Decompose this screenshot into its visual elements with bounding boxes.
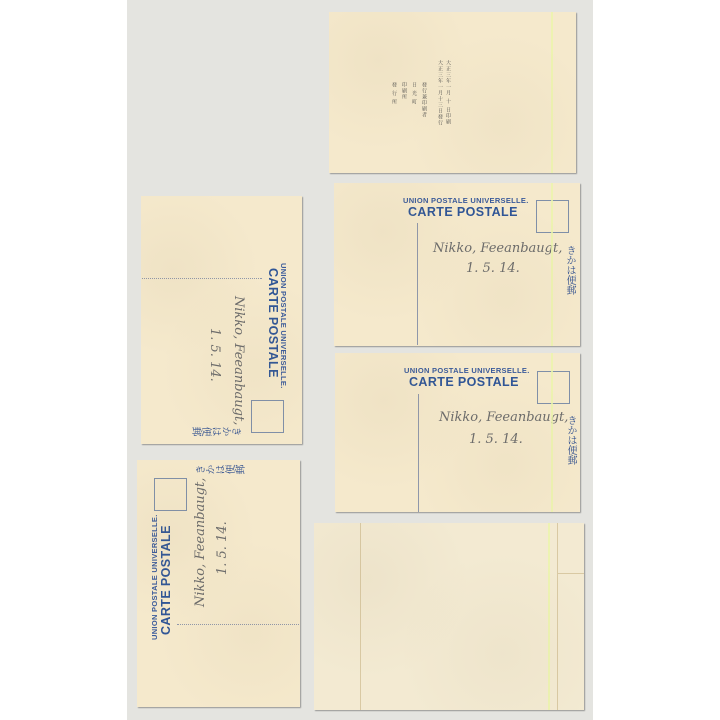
- stamp-box: [537, 371, 570, 404]
- handwriting-location: Nikko, Feeanbaugt,: [231, 296, 246, 425]
- stamp-box: [251, 400, 284, 433]
- carte-postale-title: CARTE POSTALE: [159, 525, 173, 635]
- scan-glare: [551, 12, 553, 173]
- envelope: [314, 523, 584, 710]
- rotated-content: UNION POSTALE UNIVERSELLE. CARTE POSTALE…: [141, 196, 302, 444]
- scan-glare: [548, 523, 550, 710]
- japanese-postcard-label: きかは便郵: [562, 245, 577, 295]
- postcard-left-2: UNION POSTALE UNIVERSELLE. CARTE POSTALE…: [137, 460, 300, 707]
- upu-text: UNION POSTALE UNIVERSELLE.: [150, 514, 159, 640]
- scan-glare: [551, 353, 553, 512]
- carte-postale-title: CARTE POSTALE: [409, 375, 519, 389]
- handwriting-location: Nikko, Feeanbaugt,: [433, 241, 562, 256]
- handwriting-date: 1. 5. 14.: [466, 261, 520, 276]
- postcard-left-1: UNION POSTALE UNIVERSELLE. CARTE POSTALE…: [141, 196, 302, 444]
- upu-text: UNION POSTALE UNIVERSELLE.: [279, 263, 288, 389]
- postcard-right-2: UNION POSTALE UNIVERSELLE. CARTE POSTALE…: [335, 353, 580, 512]
- japanese-postcard-label: きかは便郵: [192, 422, 242, 437]
- scan-glare: [551, 183, 553, 346]
- handwriting-date: 1. 5. 14.: [469, 432, 523, 447]
- address-divider: [142, 278, 262, 279]
- colophon-line: 發行兼印刷者: [421, 82, 428, 118]
- rotated-content: UNION POSTALE UNIVERSELLE. CARTE POSTALE…: [137, 460, 300, 707]
- upu-text: UNION POSTALE UNIVERSELLE.: [403, 196, 529, 205]
- envelope-flap-edge: [558, 573, 584, 574]
- colophon-line: 日 光 町: [411, 82, 418, 105]
- handwriting-location: Nikko, Feeanbaugt,: [439, 410, 568, 425]
- japanese-postcard-label: きかは便郵: [563, 415, 578, 465]
- upu-text: UNION POSTALE UNIVERSELLE.: [404, 366, 530, 375]
- handwriting-date: 1. 5. 14.: [207, 328, 222, 382]
- carte-postale-title: CARTE POSTALE: [266, 268, 280, 378]
- colophon-line: 大正三年一月十三日發行: [437, 60, 444, 126]
- address-divider: [177, 624, 299, 625]
- address-divider: [418, 394, 419, 512]
- carte-postale-title: CARTE POSTALE: [408, 205, 518, 219]
- envelope-fold-left: [360, 523, 361, 710]
- handwriting-date: 1. 5. 14.: [215, 521, 230, 575]
- colophon-line: 發 行 所: [391, 82, 398, 105]
- address-divider: [417, 223, 418, 345]
- postcard-back-printed: 大正三年一月 十 日印刷 大正三年一月十三日發行 發行兼印刷者 日 光 町 印刷…: [329, 12, 576, 173]
- postcard-right-1: UNION POSTALE UNIVERSELLE. CARTE POSTALE…: [334, 183, 580, 346]
- japanese-postcard-label: きかは便郵: [195, 464, 245, 479]
- colophon-line: 大正三年一月 十 日印刷: [445, 60, 452, 125]
- envelope-fold-right: [557, 523, 558, 710]
- colophon-line: 印刷所: [401, 82, 408, 100]
- handwriting-location: Nikko, Feeanbaugt,: [193, 478, 208, 607]
- stamp-box: [154, 478, 187, 511]
